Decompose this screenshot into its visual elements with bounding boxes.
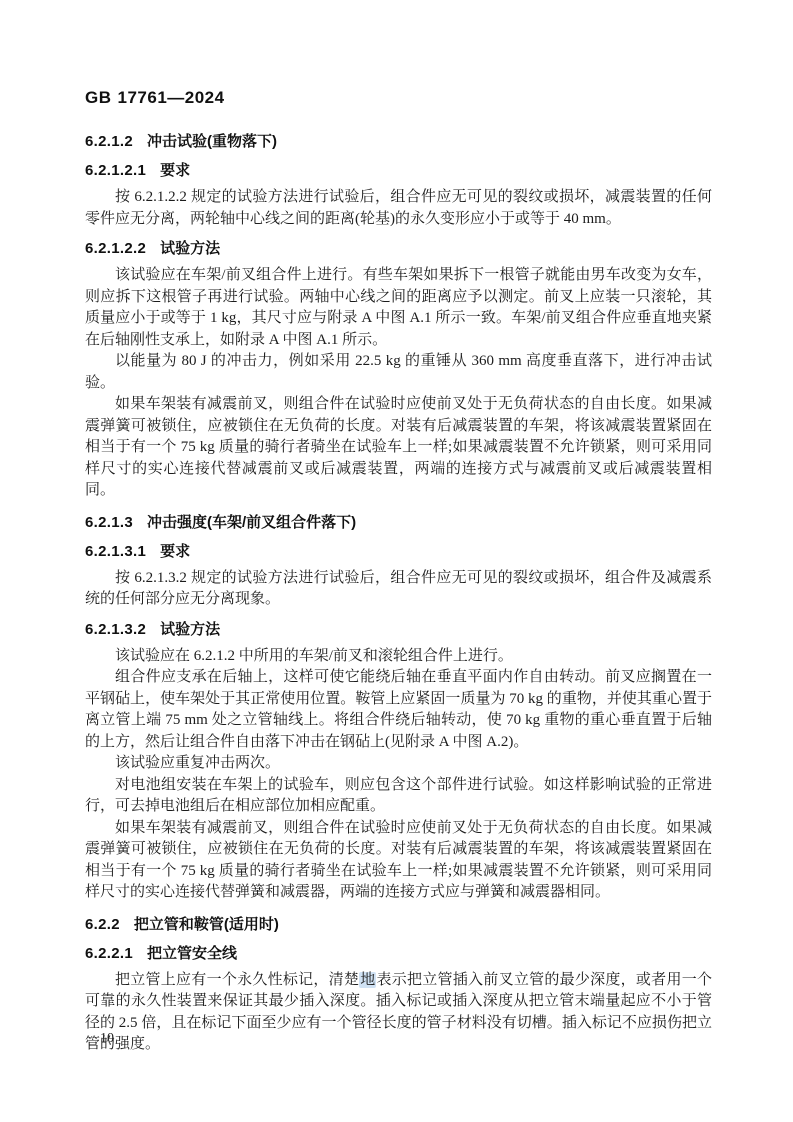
subsection-heading-6221: 6.2.2.1把立管安全线 [85,944,712,964]
subsection-heading-62131: 6.2.1.3.1要求 [85,542,712,562]
paragraph-method-62132-1: 该试验应在 6.2.1.2 中所用的车架/前叉和滚轮组合件上进行。 [85,646,712,668]
standard-code-number: 17761—2024 [118,88,225,107]
section-title: 冲击强度(车架/前叉组合件落下) [147,514,356,531]
paragraph-method-62132-3: 该试验应重复冲击两次。 [85,753,712,775]
standard-number-header: GB17761—2024 [85,88,712,108]
paragraph-safety-line-6221: 把立管上应有一个永久性标记，清楚地表示把立管插入前叉立管的最少深度，或者用一个可… [85,970,712,1056]
page-number: 10 [100,1031,114,1047]
section-title: 要求 [160,543,190,560]
paragraph-segment: 把立管上应有一个永久性标记，清楚 [115,972,359,988]
paragraph-method-62122-2: 以能量为 80 J 的冲击力，例如采用 22.5 kg 的重锤从 360 mm … [85,351,712,394]
section-number: 6.2.2 [85,916,120,933]
paragraph-requirement-62121: 按 6.2.1.2.2 规定的试验方法进行试验后，组合件应无可见的裂纹或损坏，减… [85,187,712,230]
paragraph-method-62132-2: 组合件应支承在后轴上，这样可使它能绕后轴在垂直平面内作自由转动。前叉应搁置在一平… [85,667,712,753]
section-number: 6.2.1.3 [85,514,133,531]
subsection-heading-62122: 6.2.1.2.2试验方法 [85,239,712,259]
section-heading-622: 6.2.2把立管和鞍管(适用时) [85,915,712,935]
section-heading-6213: 6.2.1.3冲击强度(车架/前叉组合件落下) [85,513,712,533]
section-title: 把立管和鞍管(适用时) [134,916,279,933]
document-page: GB17761—2024 6.2.1.2冲击试验(重物落下) 6.2.1.2.1… [0,0,793,1122]
page-content: GB17761—2024 6.2.1.2冲击试验(重物落下) 6.2.1.2.1… [85,88,712,1056]
section-title: 把立管安全线 [147,945,237,962]
section-number: 6.2.1.3.2 [85,621,146,638]
section-title: 试验方法 [160,240,220,257]
paragraph-method-62122-1: 该试验应在车架/前叉组合件上进行。有些车架如果拆下一根管子就能由男车改变为女车，… [85,265,712,351]
section-number: 6.2.1.2.1 [85,162,146,179]
subsection-heading-62132: 6.2.1.3.2试验方法 [85,620,712,640]
paragraph-method-62132-4: 对电池组安装在车架上的试验车，则应包含这个部件进行试验。如这样影响试验的正常进行… [85,775,712,818]
section-heading-6212: 6.2.1.2冲击试验(重物落下) [85,132,712,152]
paragraph-method-62132-5: 如果车架装有减震前叉，则组合件在试验时应使前叉处于无负荷状态的自由长度。如果减震… [85,818,712,904]
section-title: 试验方法 [160,621,220,638]
section-number: 6.2.2.1 [85,945,133,962]
paragraph-method-62122-3: 如果车架装有减震前叉，则组合件在试验时应使前叉处于无负荷状态的自由长度。如果减震… [85,394,712,502]
section-title: 冲击试验(重物落下) [147,133,277,150]
section-title: 要求 [160,162,190,179]
section-number: 6.2.1.2.2 [85,240,146,257]
standard-code-prefix: GB [85,88,112,107]
paragraph-requirement-62131: 按 6.2.1.3.2 规定的试验方法进行试验后，组合件应无可见的裂纹或损坏，组… [85,568,712,611]
subsection-heading-62121: 6.2.1.2.1要求 [85,161,712,181]
section-number: 6.2.1.2 [85,133,133,150]
highlight-artifact: 地 [359,972,376,988]
section-number: 6.2.1.3.1 [85,543,146,560]
